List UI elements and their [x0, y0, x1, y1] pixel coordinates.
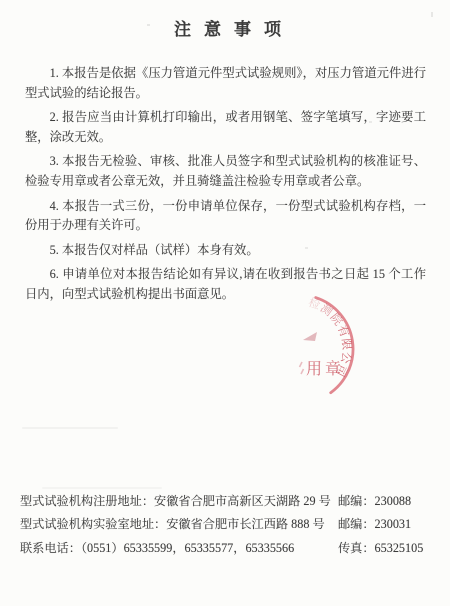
- notice-item-4: 4. 本报告一式三份，一份申请单位保存，一份型式试验机构存档，一份用于办理有关许…: [25, 197, 426, 236]
- footer-contact: 型式试验机构注册地址：安徽省合肥市高新区天湖路 29 号 邮编：230088 型…: [20, 490, 444, 560]
- notice-item-3: 3. 本报告无检验、审核、批准人员签字和型式试验机构的核准证号、检验专用章或者公…: [25, 152, 426, 191]
- footer-row: 型式试验机构实验室地址：安徽省合肥市长江西路 888 号 邮编：230031: [20, 513, 444, 536]
- footer-registered-address: 型式试验机构注册地址：安徽省合肥市高新区天湖路 29 号: [20, 490, 338, 513]
- footer-postcode-2: 邮编：230031: [338, 513, 444, 536]
- stamp-banner-text: 用章: [306, 359, 344, 378]
- stamp-inner-smudge: [303, 332, 317, 341]
- footer-lab-address: 型式试验机构实验室地址：安徽省合肥市长江西路 888 号: [20, 513, 338, 536]
- scan-speck: [431, 12, 433, 17]
- scan-speck: [305, 247, 308, 249]
- scan-speck: [369, 121, 372, 123]
- scan-smudge: [42, 487, 162, 489]
- notice-item-6: 6. 申请单位对本报告结论如有异议,请在收到报告书之日起 15 个工作日内，向型…: [25, 265, 426, 304]
- notice-item-5: 5. 本报告仅对样品（试样）本身有效。: [25, 241, 426, 261]
- stamp-partial-strokes: [300, 362, 304, 374]
- footer-row: 型式试验机构注册地址：安徽省合肥市高新区天湖路 29 号 邮编：230088: [20, 490, 444, 513]
- stamp-arc: [316, 298, 353, 393]
- notice-list: 1. 本报告是依据《压力管道元件型式试验规则》，对压力管道元件进行型式试验的结论…: [25, 64, 426, 305]
- scan-speck: [147, 24, 150, 26]
- footer-phone: 联系电话：（0551）65335599，65335577，65335566: [20, 537, 338, 560]
- report-notice-page: 注意事项 1. 本报告是依据《压力管道元件型式试验规则》，对压力管道元件进行型式…: [0, 0, 450, 606]
- scan-smudge: [22, 427, 118, 429]
- footer-fax: 传真：65325105: [338, 537, 444, 560]
- footer-postcode-1: 邮编：230088: [338, 490, 444, 513]
- footer-row: 联系电话：（0551）65335599，65335577，65335566 传真…: [20, 537, 444, 560]
- page-title: 注意事项: [9, 0, 450, 40]
- stamp-arc-text: 检测院有限公司: [307, 295, 354, 379]
- notice-item-2: 2. 报告应当由计算机打印输出，或者用钢笔、签字笔填写，字迹要工整，涂改无效。: [25, 108, 426, 147]
- notice-item-1: 1. 本报告是依据《压力管道元件型式试验规则》，对压力管道元件进行型式试验的结论…: [25, 64, 426, 103]
